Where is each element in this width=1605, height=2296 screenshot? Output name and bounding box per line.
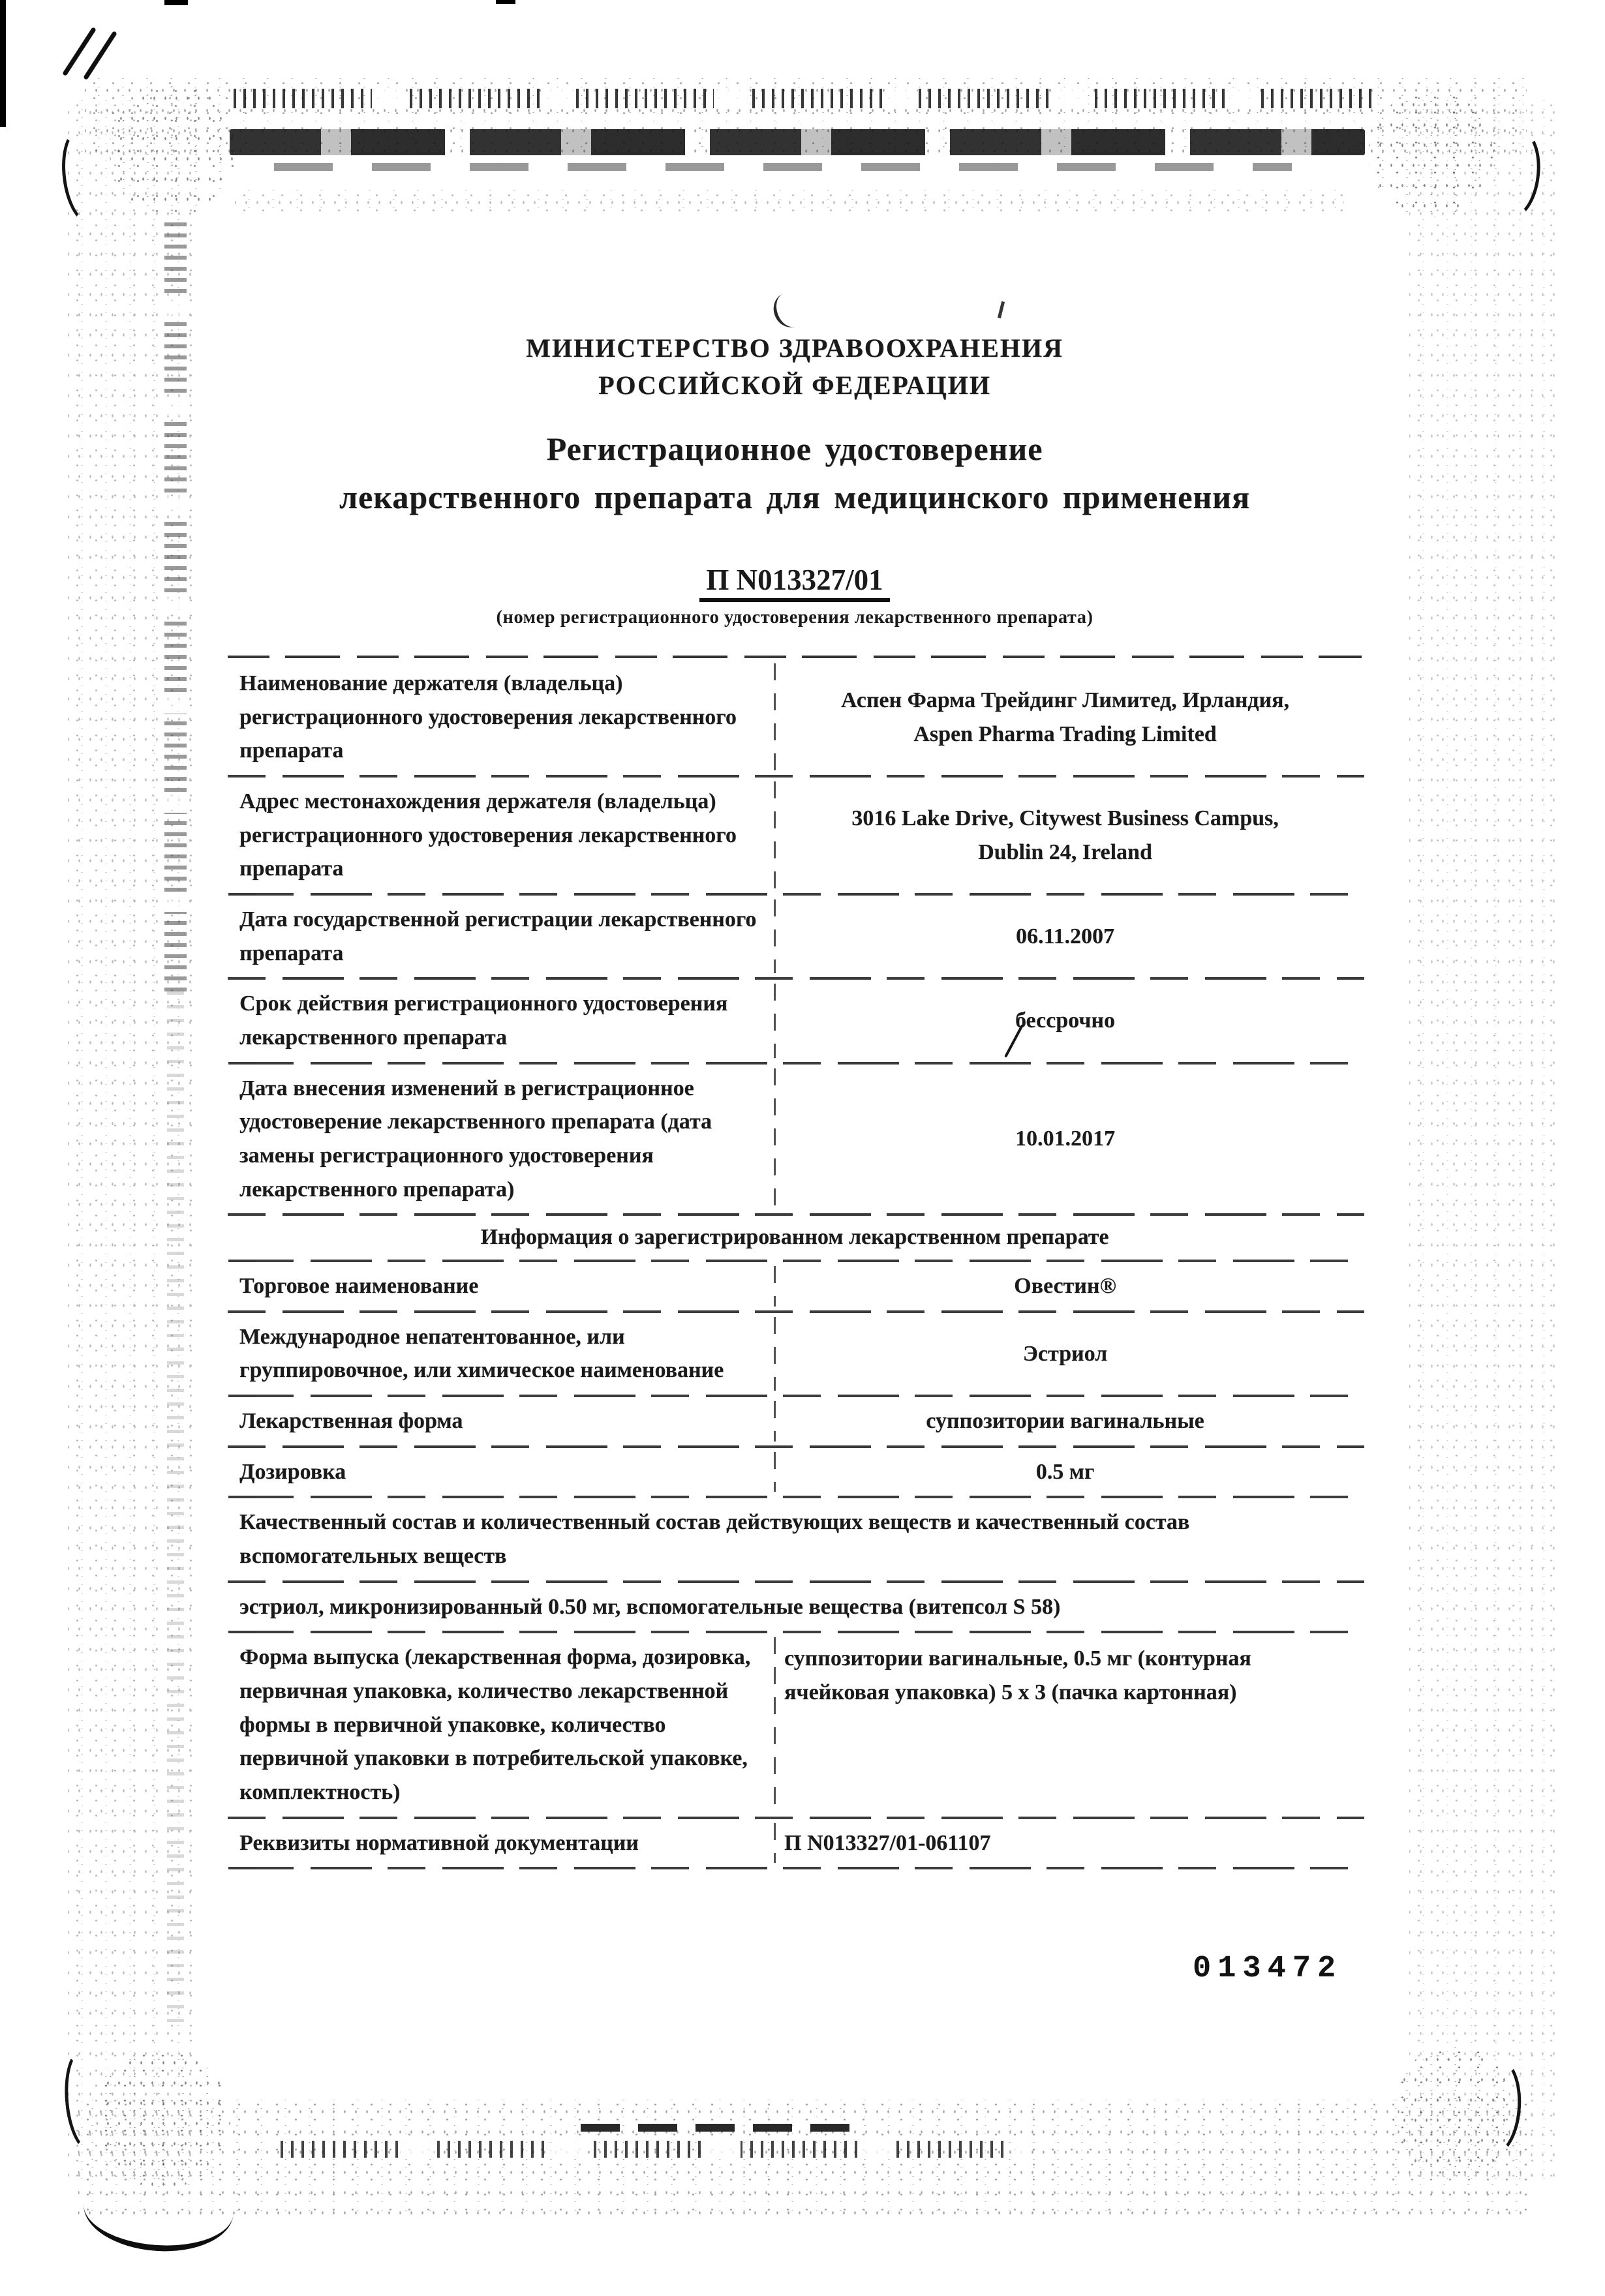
row-value: П N013327/01-061107 — [774, 1818, 1356, 1869]
row-value: 06.11.2007 — [774, 894, 1356, 978]
scan-artifact-tick — [998, 301, 1005, 318]
table-row-amendment-date: Дата внесения изменений в регистрационно… — [233, 1063, 1356, 1215]
row-label: Лекарственная форма — [233, 1396, 774, 1447]
document-body: МИНИСТЕРСТВО ЗДРАВООХРАНЕНИЯ РОССИЙСКОЙ … — [233, 329, 1356, 1868]
border-smear-line — [274, 163, 1292, 171]
row-value: суппозитории вагинальные, 0.5 мг (контур… — [774, 1632, 1356, 1817]
ministry-header: МИНИСТЕРСТВО ЗДРАВООХРАНЕНИЯ РОССИЙСКОЙ … — [233, 329, 1356, 404]
scanner-edge-mark-1 — [164, 0, 188, 5]
table-row-normative-docs: Реквизиты нормативной документации П N01… — [233, 1818, 1356, 1869]
ornamental-border-right — [1409, 98, 1559, 2185]
row-label: Срок действия регистрационного удостовер… — [233, 978, 774, 1063]
corner-ornament-top-left — [110, 83, 237, 217]
border-strip-left — [164, 222, 187, 991]
row-label: Дата государственной регистрации лекарст… — [233, 894, 774, 978]
table-section-header-row: Информация о зарегистрированном лекарств… — [233, 1215, 1356, 1261]
border-ticks-top — [234, 89, 1379, 108]
scanner-edge-mark-2 — [496, 0, 515, 4]
document-title-line-1: Регистрационное удостоверение — [233, 425, 1356, 473]
row-label: Дозировка — [233, 1447, 774, 1498]
row-label: Торговое наименование — [233, 1261, 774, 1312]
scanned-certificate-page: МИНИСТЕРСТВО ЗДРАВООХРАНЕНИЯ РОССИЙСКОЙ … — [0, 0, 1605, 2296]
table-row-registration-date: Дата государственной регистрации лекарст… — [233, 894, 1356, 978]
table-row-composition-heading: Качественный состав и количественный сос… — [233, 1497, 1356, 1581]
row-value: Аспен Фарма Трейдинг Лимитед, Ирландия, … — [774, 658, 1356, 776]
row-value: бессрочно — [774, 978, 1356, 1063]
row-label: Дата внесения изменений в регистрационно… — [233, 1063, 774, 1215]
document-title: Регистрационное удостоверение лекарствен… — [233, 425, 1356, 521]
row-label: Адрес местонахождения держателя (владель… — [233, 776, 774, 894]
scan-artifact-above-header — [769, 288, 811, 332]
ministry-line-1: МИНИСТЕРСТВО ЗДРАВООХРАНЕНИЯ — [233, 329, 1356, 367]
section-title: Информация о зарегистрированном лекарств… — [233, 1215, 1356, 1261]
border-noise-band — [235, 188, 1344, 214]
row-value: 0.5 мг — [774, 1447, 1356, 1498]
row-label: Наименование держателя (владельца) регис… — [233, 658, 774, 776]
table-row-release-form: Форма выпуска (лекарственная форма, дози… — [233, 1632, 1356, 1817]
row-value: суппозитории вагинальные — [774, 1396, 1356, 1447]
table-row-holder-name: Наименование держателя (владельца) регис… — [233, 658, 1356, 776]
border-strip-left-lower — [167, 991, 184, 2022]
border-ticks-bottom — [281, 2141, 1024, 2158]
row-value: 10.01.2017 — [774, 1063, 1356, 1215]
border-smear-band — [230, 129, 1365, 155]
table-row-inn: Международное непатентованное, или групп… — [233, 1312, 1356, 1396]
table-row-trade-name: Торговое наименование Овестин® — [233, 1261, 1356, 1312]
row-value: 3016 Lake Drive, Citywest Business Campu… — [774, 776, 1356, 894]
document-title-line-2: лекарственного препарата для медицинског… — [233, 473, 1356, 521]
ministry-line-2: РОССИЙСКОЙ ФЕДЕРАЦИИ — [233, 367, 1356, 404]
table-row-composition-detail: эстриол, микронизированный 0.50 мг, вспо… — [233, 1582, 1356, 1633]
table-row-validity: Срок действия регистрационного удостовер… — [233, 978, 1356, 1063]
table-row-dosage-form: Лекарственная форма суппозитории вагинал… — [233, 1396, 1356, 1447]
row-value: Эстриол — [774, 1312, 1356, 1396]
row-label: Форма выпуска (лекарственная форма, дози… — [233, 1632, 774, 1817]
registration-number: П N013327/01 — [233, 563, 1356, 602]
certificate-table: Наименование держателя (владельца) регис… — [233, 656, 1356, 1868]
border-dashes-bottom — [581, 2124, 861, 2132]
row-label: Международное непатентованное, или групп… — [233, 1312, 774, 1396]
row-label: Реквизиты нормативной документации — [233, 1818, 774, 1869]
row-label: Качественный состав и количественный сос… — [233, 1497, 1356, 1581]
scanner-edge-left — [0, 0, 6, 127]
table-row-dosage: Дозировка 0.5 мг — [233, 1447, 1356, 1498]
corner-ornament-top-right — [1369, 90, 1493, 217]
row-value: Овестин® — [774, 1261, 1356, 1312]
form-serial-number: 013472 — [1193, 1952, 1342, 1986]
registration-number-caption: (номер регистрационного удостоверения ле… — [233, 607, 1356, 628]
row-label: эстриол, микронизированный 0.50 мг, вспо… — [233, 1582, 1356, 1633]
table-row-holder-address: Адрес местонахождения держателя (владель… — [233, 776, 1356, 894]
